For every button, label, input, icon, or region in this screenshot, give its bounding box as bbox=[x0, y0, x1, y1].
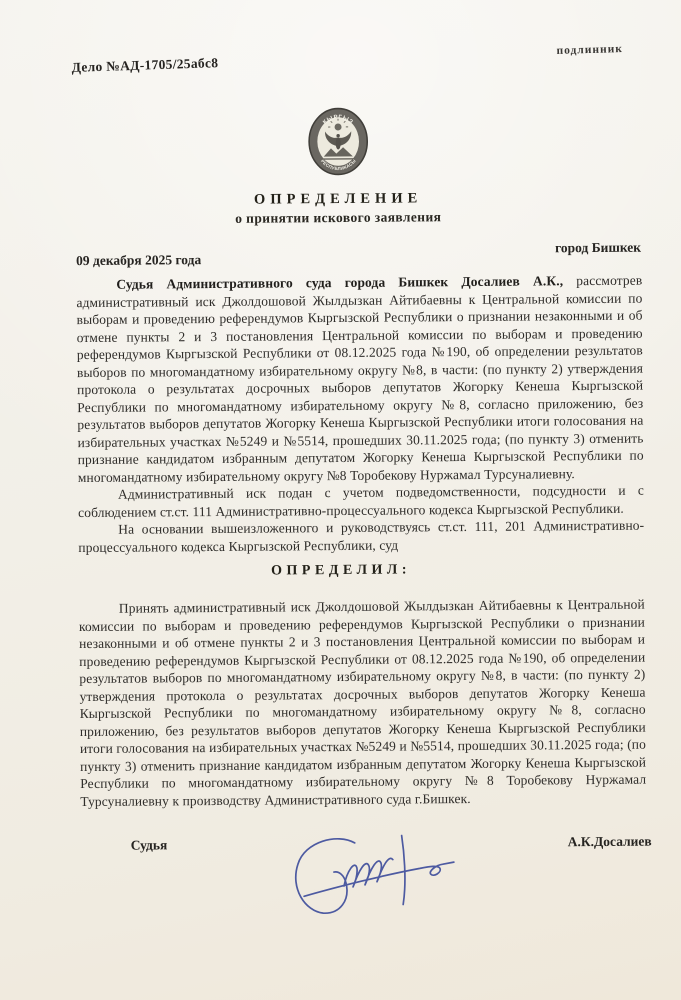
paragraph-admissibility: Административный иск подан с учетом подв… bbox=[78, 482, 644, 521]
date-place-row: 09 декабря 2025 года город Бишкек bbox=[76, 240, 641, 269]
state-emblem: КЫРГЫЗ РЕСПУБЛИКАСЫ bbox=[0, 103, 678, 180]
resolution-body-wrap: Принять административный иск Джолдошовой… bbox=[79, 596, 647, 810]
kyrgyz-state-emblem-icon: КЫРГЫЗ РЕСПУБЛИКАСЫ bbox=[306, 106, 369, 177]
case-number: Дело №АД-1705/25абс8 bbox=[71, 55, 218, 76]
signer-name: А.К.Досалиев bbox=[568, 834, 652, 851]
judge-intro-bold: Судья Административного суда города Бишк… bbox=[116, 273, 563, 292]
judge-intro-rest: рассмотрев административный иск Джолдошо… bbox=[76, 273, 643, 485]
document-subtitle: о принятии искового заявления bbox=[0, 207, 679, 228]
signature-row: Судья А.К.Досалиев bbox=[3, 833, 681, 854]
paragraph-judge-intro: Судья Административного суда города Бишк… bbox=[76, 272, 644, 486]
scanned-court-document: Дело №АД-1705/25абс8 подлинник КЫРГЫЗ РЕ… bbox=[0, 0, 681, 1000]
document-body: Судья Административного суда города Бишк… bbox=[76, 272, 644, 556]
authenticity-mark: подлинник bbox=[556, 43, 623, 57]
resolution-heading: ОПРЕДЕЛИЛ: bbox=[1, 560, 681, 581]
document-header: Дело №АД-1705/25абс8 подлинник bbox=[0, 0, 678, 75]
paragraph-resolution: Принять административный иск Джолдошовой… bbox=[79, 596, 647, 810]
paragraph-legal-basis: На основании вышеизложенного и руководст… bbox=[78, 517, 644, 556]
document-city: город Бишкек bbox=[555, 240, 641, 257]
document-date: 09 декабря 2025 года bbox=[76, 252, 201, 269]
signer-role: Судья bbox=[131, 837, 168, 853]
document-content: Дело №АД-1705/25абс8 подлинник КЫРГЫЗ РЕ… bbox=[0, 0, 681, 1000]
